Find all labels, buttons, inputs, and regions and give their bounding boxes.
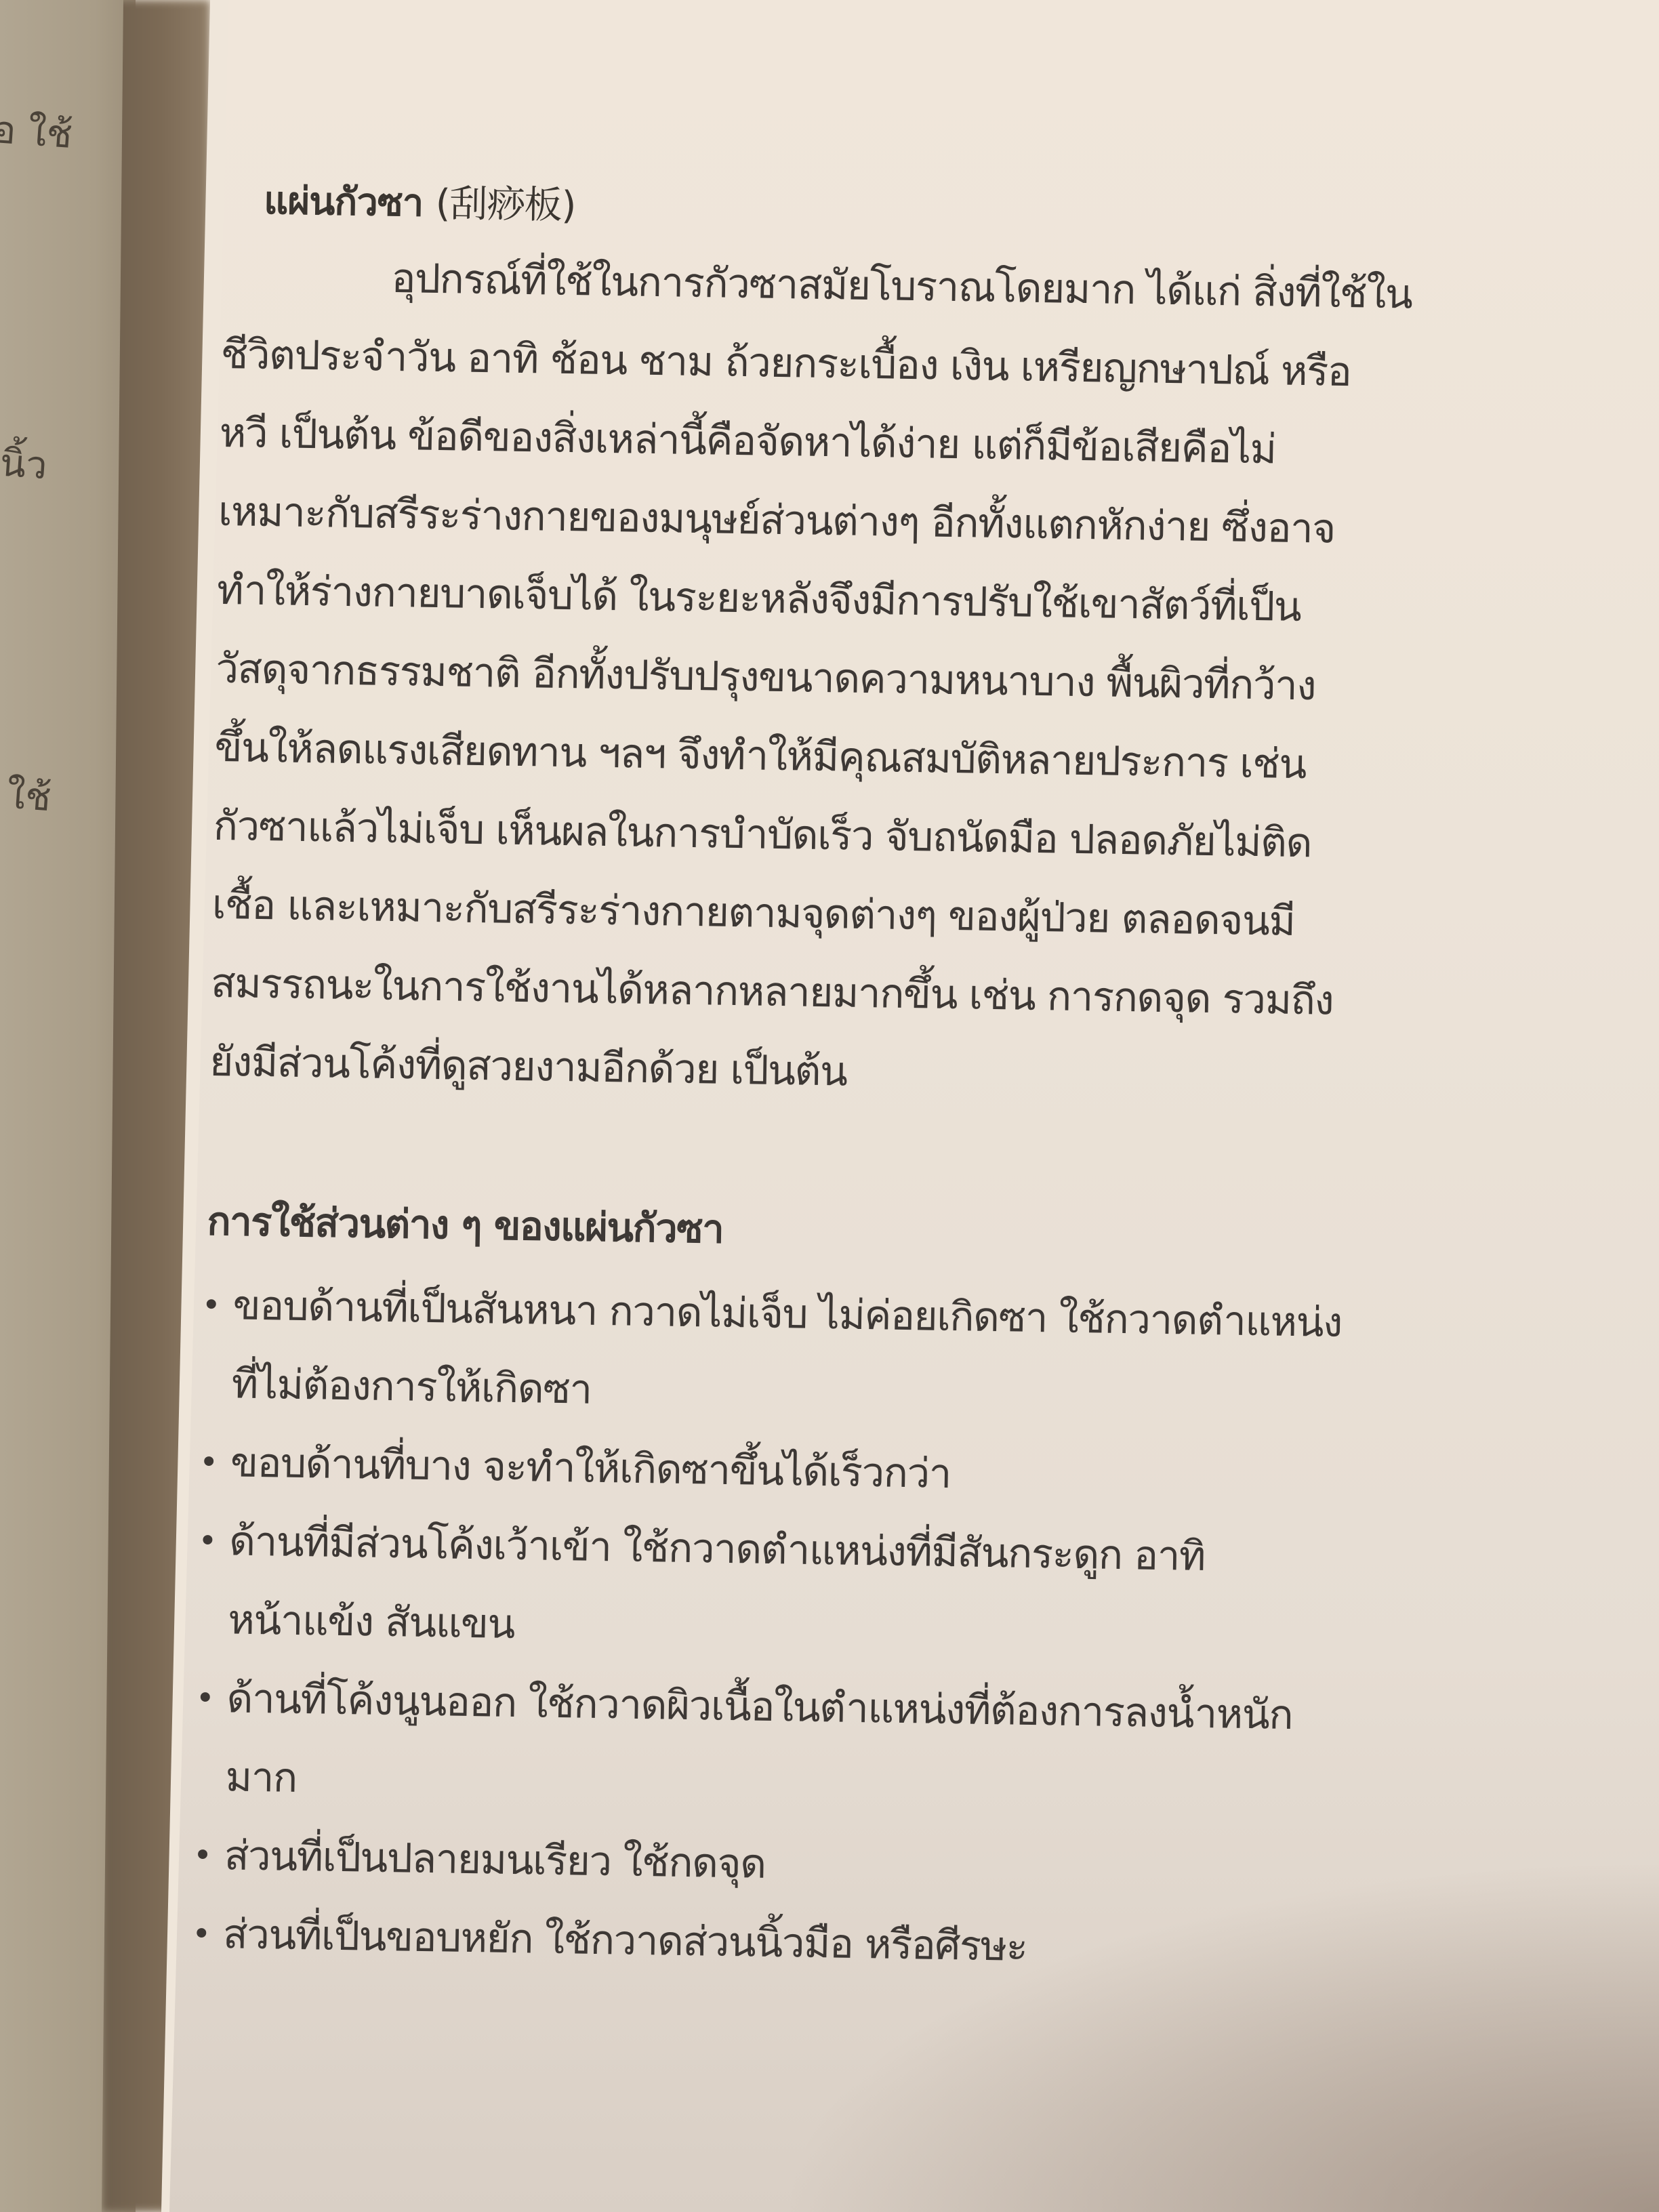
- heading-chinese-term: (刮痧板): [435, 182, 576, 228]
- left-page-text-fragment: อ ใช้: [0, 99, 75, 165]
- list-item: • ด้านที่มีส่วนโค้งเว้าเข้า ใช้กวาดตำแหน…: [200, 1502, 1564, 1681]
- heading-title: แผ่นกัวซา: [264, 179, 424, 226]
- left-page-text-fragment: นิ้ว: [0, 432, 49, 496]
- list-item: • ขอบด้านที่เป็นสันหนา กวาดไม่เจ็บ ไม่ค่…: [204, 1266, 1568, 1445]
- bullet-icon: •: [201, 1266, 221, 1345]
- subsection-heading: การใช้ส่วนต่าง ๆ ของแผ่นกัวซา: [207, 1189, 1570, 1274]
- bullet-icon: •: [195, 1659, 215, 1738]
- bullet-icon: •: [199, 1423, 218, 1502]
- bullet-icon: •: [191, 1895, 211, 1973]
- left-page-text-fragment: ใช้: [5, 764, 53, 827]
- body-paragraph: อุปกรณ์ที่ใช้ในการกัวซาสมัยโบราณโดยมาก ไ…: [209, 237, 1584, 1122]
- list-item: • ด้านที่โค้งนูนออก ใช้กวาดผิวเนื้อในตำแ…: [198, 1659, 1562, 1838]
- bullet-icon: •: [197, 1502, 217, 1580]
- usage-list: • ขอบด้านที่เป็นสันหนา กวาดไม่เจ็บ ไม่ค่…: [195, 1266, 1568, 1994]
- book-photo: อ ใช้ นิ้ว ใช้ แผ่นกัวซา (刮痧板) อุปกรณ์ที…: [0, 0, 1659, 2212]
- bullet-icon: •: [192, 1816, 212, 1895]
- page-content: แผ่นกัวซา (刮痧板) อุปกรณ์ที่ใช้ในการกัวซาส…: [195, 169, 1586, 1994]
